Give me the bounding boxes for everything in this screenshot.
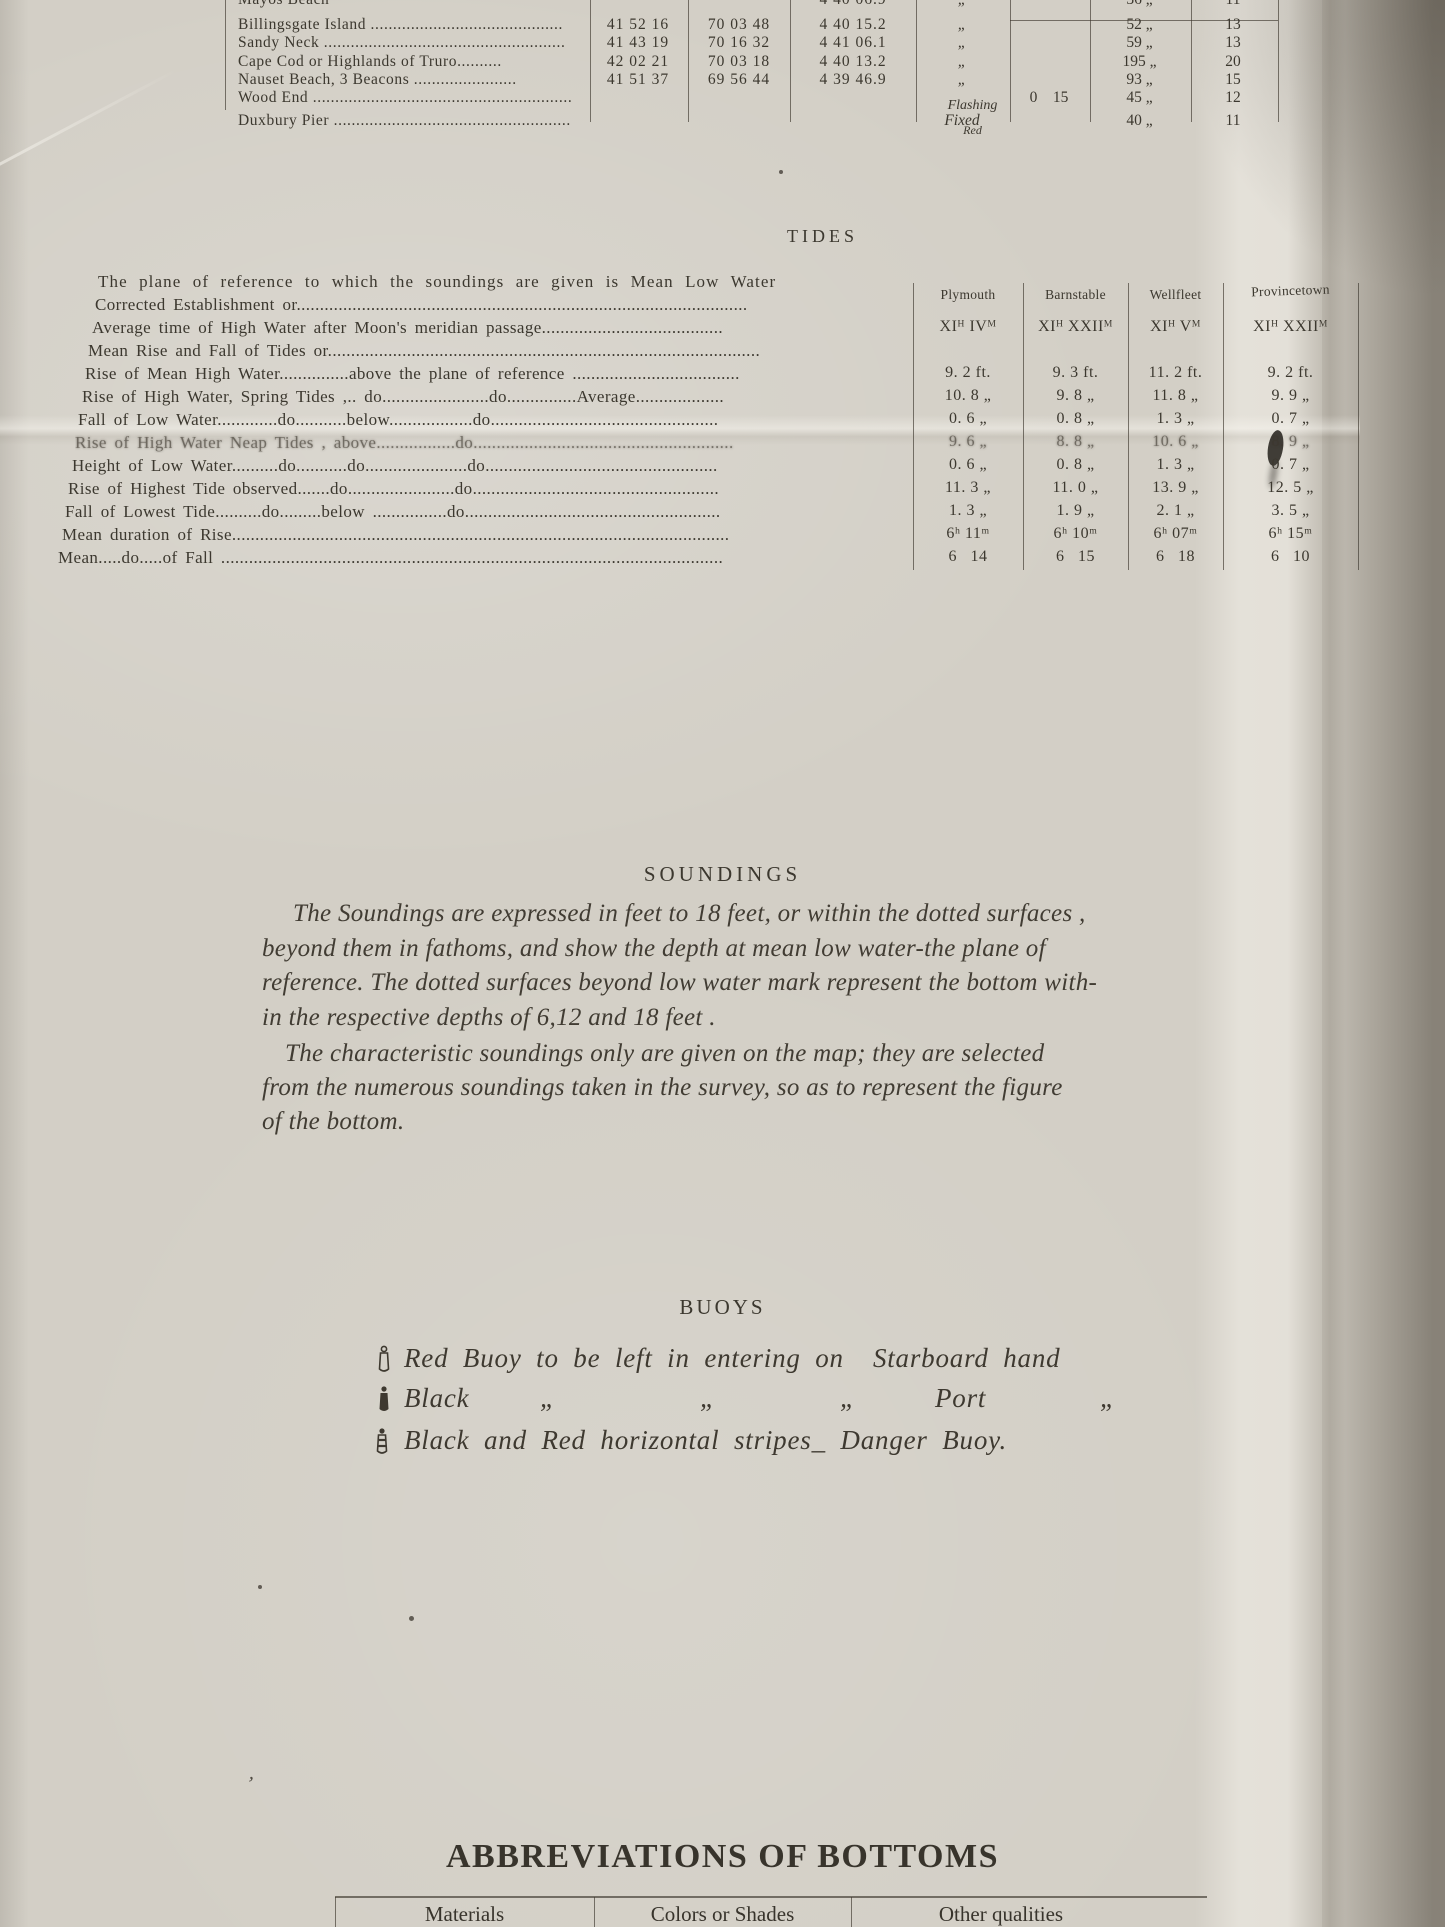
soundings-heading: SOUNDINGS [0,862,1445,887]
paper-speck [409,1616,414,1621]
tide-value: 0. 8 „ [1023,456,1128,474]
distance-value: 15 [1192,71,1274,89]
abbr-column-header: Colors or Shades [594,1902,851,1927]
tides-row-label: Fall of Lowest Tide..........do.........… [65,502,910,522]
ditto-mark: „ [840,1383,856,1414]
tide-value: 11. 8 „ [1128,387,1223,405]
light-character: „ [918,71,1006,89]
ditto-mark: „ [1100,1383,1116,1414]
tide-value: 6 18 [1128,548,1223,566]
tide-value: 9. 2 ft. [1223,364,1358,382]
tides-row: Average time of High Water after Moon's … [0,318,1445,341]
tide-value: 1. 9 „ [1023,502,1128,520]
light-character: „ [918,34,1006,52]
tide-value: XIᴴ XXIIᴹ [1223,318,1358,336]
abbr-column-header: Materials [335,1902,594,1927]
tides-row: Mean.....do.....of Fall ................… [0,548,1445,571]
tide-value: 6ʰ 15ᵐ [1223,525,1358,543]
buoy-rule-word: Port [935,1383,986,1414]
tide-value: XIᴴ IVᴹ [913,318,1023,336]
distance-value: 11 [1192,0,1274,9]
longitude-value: 70 03 18 [692,53,786,71]
tide-value: 9. 9 „ [1223,387,1358,405]
latitude-value: 41 43 19 [592,34,684,52]
light-character: „ [918,16,1006,34]
tide-value: 0. 7 „ [1223,410,1358,428]
ditto-mark: „ [540,1383,556,1414]
tide-value: 6ʰ 11ᵐ [913,525,1023,543]
tide-value: 0. 6 „ [913,456,1023,474]
tide-value: 11. 0 „ [1023,479,1128,497]
table-row: Sandy Neck .............................… [0,34,1445,53]
station-name: Duxbury Pier ...........................… [238,112,586,130]
tide-value: 1. 3 „ [1128,456,1223,474]
buoys-heading: BUOYS [0,1295,1445,1320]
tide-value: 6ʰ 10ᵐ [1023,525,1128,543]
table-row: Wood End ...............................… [0,89,1445,108]
tide-value: XIᴴ Vᴹ [1128,318,1223,336]
buoy-rule-text: Black and Red horizontal stripes_ Danger… [404,1425,1007,1456]
tide-value: 12. 5 „ [1223,479,1358,497]
station-name: Nauset Beach, 3 Beacons ................… [238,71,586,89]
soundings-text-line: The characteristic soundings only are gi… [285,1040,1044,1068]
time-value: 4 40 06.9 [794,0,912,9]
soundings-text-line: beyond them in fathoms, and show the dep… [262,935,1046,963]
paper-mark: , [248,1762,258,1786]
light-character: Fixed [918,112,1006,130]
tides-row: Corrected Establishment or..............… [0,295,1445,318]
buoy-rule-word: Black [404,1383,469,1414]
tide-value: 9. 2 ft. [913,364,1023,382]
time-value: 4 39 46.9 [794,71,912,89]
soundings-text-line: The Soundings are expressed in feet to 1… [293,900,1086,928]
tide-value: 0. 7 „ [1223,456,1358,474]
longitude-value: 69 56 44 [692,71,786,89]
distance-value: 11 [1192,112,1274,130]
tide-value: 6 10 [1223,548,1358,566]
tides-row-label: Rise of High Water Neap Tides , above...… [75,433,910,453]
tide-value: 6 15 [1023,548,1128,566]
time-value: 4 40 13.2 [794,53,912,71]
tide-value: 9. 6 „ [913,433,1023,451]
soundings-text-line: in the respective depths of 6,12 and 18 … [262,1004,716,1032]
tide-value: 6ʰ 07ᵐ [1128,525,1223,543]
tides-row: Fall of Low Water.............do........… [0,410,1445,433]
distance-value: 20 [1192,53,1274,71]
table-row: Billingsgate Island ....................… [0,16,1445,35]
station-name: Cape Cod or Highlands of Truro.......... [238,53,586,71]
table-rule [335,1896,1207,1898]
tide-value: 9. 8 „ [1023,387,1128,405]
station-name: Billingsgate Island ....................… [238,16,586,34]
tide-value: 2. 1 „ [1128,502,1223,520]
soundings-text-line: from the numerous soundings taken in the… [262,1074,1063,1102]
tides-row: The plane of reference to which the soun… [0,272,1445,295]
light-character: „ [918,0,1006,9]
table-row: Cape Cod or Highlands of Truro..........… [0,53,1445,72]
tide-value: 8. 9 „ [1223,433,1358,451]
longitude-value: 70 16 32 [692,34,786,52]
tides-row-label: Average time of High Water after Moon's … [92,318,910,338]
station-name: Mayos Beach [238,0,586,9]
paper-speck [779,170,783,174]
striped-buoy-icon [374,1427,390,1462]
tide-value: XIᴴ XXIIᴹ [1023,318,1128,336]
abbreviations-heading: ABBREVIATIONS OF BOTTOMS [0,1838,1445,1876]
tide-value: 9. 3 ft. [1023,364,1128,382]
tides-row: Rise of Mean High Water...............ab… [0,364,1445,387]
height-value: 195 „ [1092,53,1187,71]
tides-row: Rise of High Water Neap Tides , above...… [0,433,1445,456]
latitude-value: 42 02 21 [592,53,684,71]
tide-value: 3. 5 „ [1223,502,1358,520]
latitude-value: 41 51 37 [592,71,684,89]
abbr-column-header: Other qualities [851,1902,1151,1927]
buoy-rule-text: Red Buoy to be left in entering on Starb… [404,1343,1060,1374]
tide-value: 8. 8 „ [1023,433,1128,451]
tide-value: 0. 6 „ [913,410,1023,428]
height-value: 52 „ [1092,16,1187,34]
time-value: 4 41 06.1 [794,34,912,52]
tides-row: Rise of Highest Tide observed.......do..… [0,479,1445,502]
tides-row-label: Rise of High Water, Spring Tides ,.. do.… [82,387,910,407]
table-row: Duxbury Pier ...........................… [0,112,1445,131]
tides-row-label: Mean Rise and Fall of Tides or..........… [88,341,910,361]
tides-row-label: Mean.....do.....of Fall ................… [58,548,910,568]
tides-row-label: Mean duration of Rise...................… [62,525,910,545]
tides-row-label: The plane of reference to which the soun… [98,272,910,292]
station-name: Wood End ...............................… [238,89,586,107]
tide-value: 6 14 [913,548,1023,566]
tides-row-label: Fall of Low Water.............do........… [78,410,910,430]
ditto-mark: „ [700,1383,716,1414]
tide-value: 1. 3 „ [913,502,1023,520]
distance-value: 13 [1192,16,1274,34]
height-value: 59 „ [1092,34,1187,52]
tides-row-label: Rise of Highest Tide observed.......do..… [68,479,910,499]
tide-value: 1. 3 „ [1128,410,1223,428]
scanned-chart-legend-page: { "lights_table": { "partial_row": {"nam… [0,0,1445,1927]
tide-value: 13. 9 „ [1128,479,1223,497]
tides-row-label: Rise of Mean High Water...............ab… [85,364,910,384]
distance-value: 12 [1192,89,1274,107]
distance-value: 13 [1192,34,1274,52]
soundings-text-line: reference. The dotted surfaces beyond lo… [262,969,1097,997]
paper-speck [258,1585,262,1589]
tide-value: 11. 2 ft. [1128,364,1223,382]
height-value: 36 „ [1092,0,1187,9]
buoy-rule-text-row: Black „ „ „ Port „ [0,1383,1445,1417]
flash-interval: 0 15 [1012,89,1086,107]
tides-heading: TIDES [0,226,1445,247]
longitude-value: 70 03 48 [692,16,786,34]
light-character: „ [918,53,1006,71]
soundings-text-line: of the bottom. [262,1108,404,1136]
height-value: 93 „ [1092,71,1187,89]
station-name: Sandy Neck .............................… [238,34,586,52]
table-row: Nauset Beach, 3 Beacons ................… [0,71,1445,90]
tides-row: Mean Rise and Fall of Tides or..........… [0,341,1445,364]
red-buoy-icon [376,1345,392,1380]
tides-row-label: Corrected Establishment or..............… [95,295,910,315]
time-value: 4 40 15.2 [794,16,912,34]
tide-value: 10. 6 „ [1128,433,1223,451]
tides-row: Rise of High Water, Spring Tides ,.. do.… [0,387,1445,410]
tides-row: Fall of Lowest Tide..........do.........… [0,502,1445,525]
tide-value: 10. 8 „ [913,387,1023,405]
table-row: Mayos Beach 4 40 06.9 „ 36 „ 11 [0,0,1445,10]
tide-value: 11. 3 „ [913,479,1023,497]
tides-row: Mean duration of Rise...................… [0,525,1445,548]
tide-value: 0. 8 „ [1023,410,1128,428]
latitude-value: 41 52 16 [592,16,684,34]
height-value: 45 „ [1092,89,1187,107]
light-character-line1: Flashing [948,98,998,113]
tides-row: Height of Low Water..........do.........… [0,456,1445,479]
tides-row-label: Height of Low Water..........do.........… [72,456,910,476]
height-value: 40 „ [1092,112,1187,130]
